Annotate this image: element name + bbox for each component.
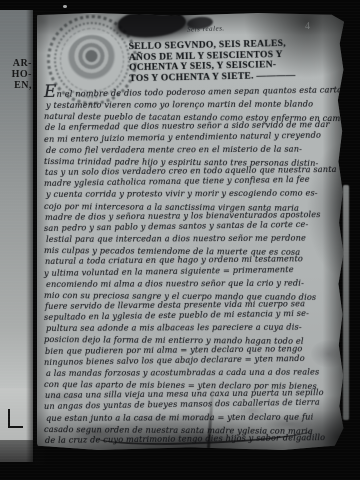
manuscript-photo: AR-HO-EN, Seis reales. 4 SELLO SEGVNDO, … (0, 0, 360, 480)
handwritten-line: y testamento vieren como yo lorenço mart… (46, 99, 342, 112)
handwritten-line: que estan junto a la casa de mi morada =… (46, 411, 342, 424)
folio-number: 4 (305, 21, 310, 32)
dust-speck (63, 5, 67, 8)
handwritten-line: a las mandas forzosas y acostumbradas a … (46, 366, 342, 379)
manuscript-page: Seis reales. 4 SELLO SEGVNDO, SEIS REALE… (37, 13, 344, 450)
handwritten-line: encomiendo mi alma a dios nuestro señor … (46, 277, 342, 290)
stamp-header-text: SELLO SEGVNDO, SEIS REALES,AÑOS DE MIL Y… (129, 38, 335, 85)
page-edge-highlight (343, 185, 349, 420)
stamp-small-print: Seis reales. (187, 24, 225, 33)
handwritten-line: pultura sea adonde a mis albaceas les pa… (46, 322, 342, 335)
handwritten-line: lestial para que intercedan a dios nuest… (46, 232, 342, 245)
handwritten-line: de como fiel verdadera mente creo en el … (46, 143, 342, 156)
ink-blot-icon (117, 7, 187, 40)
corner-bracket-icon (8, 409, 23, 428)
handwritten-text: En el nombre de dios todo poderoso amen … (44, 87, 340, 446)
handwritten-line: y cuenta corrida y protesto vivir y mori… (46, 188, 342, 201)
